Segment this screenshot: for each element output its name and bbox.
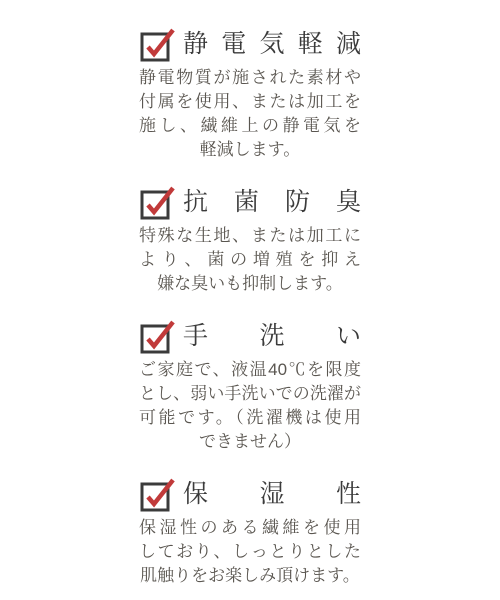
feature-description: 保湿性のある繊維を使用 しており、しっとりとした 肌触りをお楽しみ頂けます。 xyxy=(139,516,361,588)
description-line: より、菌の増殖を抑え xyxy=(139,248,361,272)
feature-description: 特殊な生地、または加工に より、菌の増殖を抑え 嫌な臭いも抑制します。 xyxy=(139,224,361,296)
feature-title: 手洗い xyxy=(183,319,361,353)
feature-title: 保湿性 xyxy=(183,477,361,511)
checked-checkbox-icon xyxy=(139,27,175,61)
description-line: 嫌な臭いも抑制します。 xyxy=(139,272,361,296)
feature-header: 抗菌防臭 xyxy=(139,185,361,219)
product-features-panel: 静電気軽減 静電物質が施された素材や 付属を使用、または加工を 施し、繊維上の静… xyxy=(139,0,361,588)
feature-moisturizing: 保湿性 保湿性のある繊維を使用 しており、しっとりとした 肌触りをお楽しみ頂けま… xyxy=(139,477,361,588)
description-line: 静電物質が施された素材や xyxy=(139,66,361,90)
feature-description: ご家庭で、液温40℃を限度 とし、弱い手洗いでの洗濯が 可能です。（洗濯機は使用… xyxy=(139,358,361,454)
feature-header: 静電気軽減 xyxy=(139,27,361,61)
description-line: 軽減します。 xyxy=(139,138,361,162)
description-line: しており、しっとりとした xyxy=(139,540,361,564)
description-line: 保湿性のある繊維を使用 xyxy=(139,516,361,540)
description-line: 可能です。（洗濯機は使用 xyxy=(139,406,361,430)
checked-checkbox-icon xyxy=(139,319,175,353)
description-line: 肌触りをお楽しみ頂けます。 xyxy=(139,564,361,588)
checked-checkbox-icon xyxy=(139,477,175,511)
feature-hand-wash: 手洗い ご家庭で、液温40℃を限度 とし、弱い手洗いでの洗濯が 可能です。（洗濯… xyxy=(139,319,361,454)
description-line: 施し、繊維上の静電気を xyxy=(139,114,361,138)
checked-checkbox-icon xyxy=(139,185,175,219)
feature-anti-static: 静電気軽減 静電物質が施された素材や 付属を使用、または加工を 施し、繊維上の静… xyxy=(139,27,361,162)
description-line: ご家庭で、液温40℃を限度 xyxy=(139,358,361,382)
description-line: できません） xyxy=(139,430,361,454)
feature-description: 静電物質が施された素材や 付属を使用、または加工を 施し、繊維上の静電気を 軽減… xyxy=(139,66,361,162)
feature-antibacterial-deodorant: 抗菌防臭 特殊な生地、または加工に より、菌の増殖を抑え 嫌な臭いも抑制します。 xyxy=(139,185,361,296)
feature-title: 静電気軽減 xyxy=(183,27,361,61)
description-line: 付属を使用、または加工を xyxy=(139,90,361,114)
description-line: とし、弱い手洗いでの洗濯が xyxy=(139,382,361,406)
feature-title: 抗菌防臭 xyxy=(183,185,361,219)
description-line: 特殊な生地、または加工に xyxy=(139,224,361,248)
feature-header: 保湿性 xyxy=(139,477,361,511)
feature-header: 手洗い xyxy=(139,319,361,353)
